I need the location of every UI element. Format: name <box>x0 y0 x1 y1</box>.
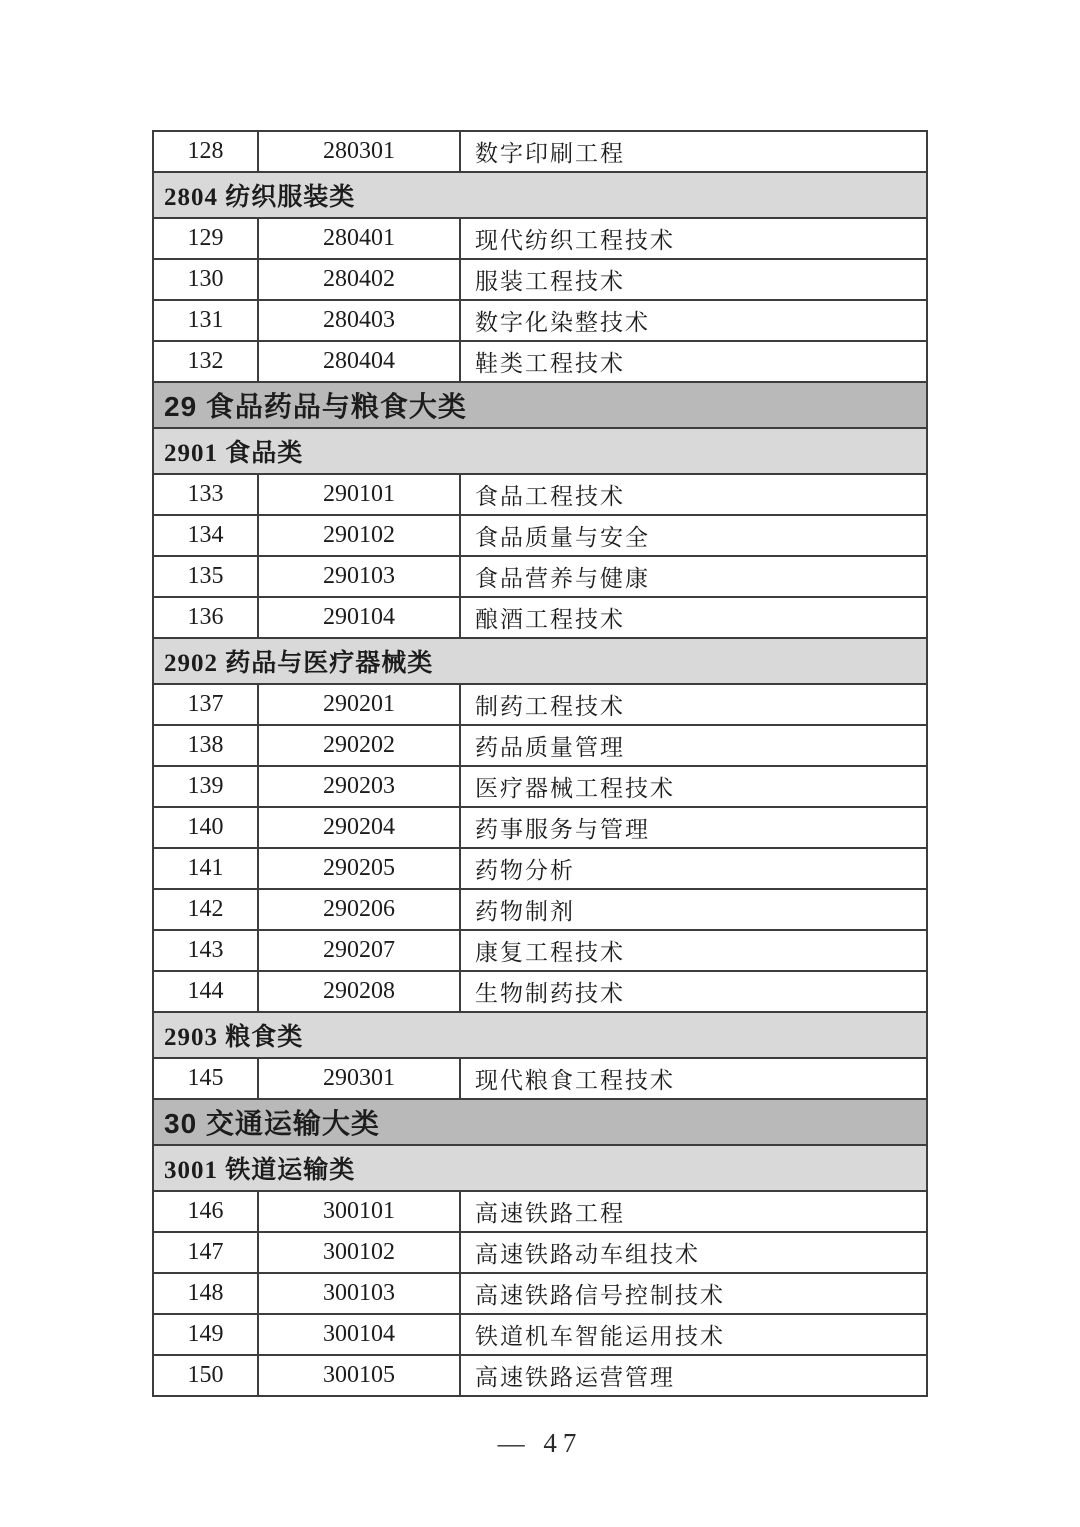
major-name-cell: 医疗器械工程技术 <box>460 766 927 807</box>
table-row: 146300101高速铁路工程 <box>153 1191 927 1232</box>
subcategory-row: 2902 药品与医疗器械类 <box>153 638 927 684</box>
row-number-cell: 143 <box>153 930 258 971</box>
subcategory-header: 3001 铁道运输类 <box>153 1145 927 1191</box>
major-code-cell: 280402 <box>258 259 460 300</box>
document-page: 128280301数字印刷工程2804 纺织服装类129280401现代纺织工程… <box>0 0 1080 1527</box>
major-code-cell: 290101 <box>258 474 460 515</box>
subcategory-header: 2902 药品与医疗器械类 <box>153 638 927 684</box>
major-code-cell: 280404 <box>258 341 460 382</box>
table-row: 133290101食品工程技术 <box>153 474 927 515</box>
major-code-cell: 290103 <box>258 556 460 597</box>
majors-table: 128280301数字印刷工程2804 纺织服装类129280401现代纺织工程… <box>152 130 928 1397</box>
table-row: 144290208生物制药技术 <box>153 971 927 1012</box>
page-number: — 47 <box>0 1428 1080 1459</box>
major-code-cell: 290205 <box>258 848 460 889</box>
row-number-cell: 149 <box>153 1314 258 1355</box>
row-number-cell: 134 <box>153 515 258 556</box>
major-code-cell: 300101 <box>258 1191 460 1232</box>
major-name-cell: 服装工程技术 <box>460 259 927 300</box>
subcategory-row: 2903 粮食类 <box>153 1012 927 1058</box>
row-number-cell: 128 <box>153 131 258 172</box>
row-number-cell: 144 <box>153 971 258 1012</box>
table-row: 130280402服装工程技术 <box>153 259 927 300</box>
row-number-cell: 146 <box>153 1191 258 1232</box>
major-name-cell: 现代粮食工程技术 <box>460 1058 927 1099</box>
table-row: 129280401现代纺织工程技术 <box>153 218 927 259</box>
row-number-cell: 142 <box>153 889 258 930</box>
major-name-cell: 药品质量管理 <box>460 725 927 766</box>
major-name-cell: 高速铁路动车组技术 <box>460 1232 927 1273</box>
row-number-cell: 132 <box>153 341 258 382</box>
major-name-cell: 鞋类工程技术 <box>460 341 927 382</box>
table-row: 142290206药物制剂 <box>153 889 927 930</box>
major-code-cell: 290204 <box>258 807 460 848</box>
subcategory-row: 2804 纺织服装类 <box>153 172 927 218</box>
major-name-cell: 生物制药技术 <box>460 971 927 1012</box>
major-category-header: 30 交通运输大类 <box>153 1099 927 1145</box>
subcategory-header: 2804 纺织服装类 <box>153 172 927 218</box>
major-code-cell: 280401 <box>258 218 460 259</box>
major-code-cell: 280403 <box>258 300 460 341</box>
table-row: 150300105高速铁路运营管理 <box>153 1355 927 1396</box>
major-name-cell: 高速铁路运营管理 <box>460 1355 927 1396</box>
major-code-cell: 290102 <box>258 515 460 556</box>
table-row: 137290201制药工程技术 <box>153 684 927 725</box>
row-number-cell: 129 <box>153 218 258 259</box>
table-row: 128280301数字印刷工程 <box>153 131 927 172</box>
major-category-row: 29 食品药品与粮食大类 <box>153 382 927 428</box>
row-number-cell: 135 <box>153 556 258 597</box>
major-code-cell: 290206 <box>258 889 460 930</box>
table-row: 149300104铁道机车智能运用技术 <box>153 1314 927 1355</box>
major-name-cell: 药物分析 <box>460 848 927 889</box>
row-number-cell: 138 <box>153 725 258 766</box>
subcategory-header: 2901 食品类 <box>153 428 927 474</box>
table-row: 131280403数字化染整技术 <box>153 300 927 341</box>
major-name-cell: 高速铁路信号控制技术 <box>460 1273 927 1314</box>
major-code-cell: 300102 <box>258 1232 460 1273</box>
table-row: 147300102高速铁路动车组技术 <box>153 1232 927 1273</box>
majors-table-body: 128280301数字印刷工程2804 纺织服装类129280401现代纺织工程… <box>153 131 927 1396</box>
major-name-cell: 酿酒工程技术 <box>460 597 927 638</box>
major-name-cell: 高速铁路工程 <box>460 1191 927 1232</box>
major-code-cell: 290203 <box>258 766 460 807</box>
table-row: 140290204药事服务与管理 <box>153 807 927 848</box>
major-code-cell: 280301 <box>258 131 460 172</box>
table-row: 138290202药品质量管理 <box>153 725 927 766</box>
table-row: 134290102食品质量与安全 <box>153 515 927 556</box>
table-row: 136290104酿酒工程技术 <box>153 597 927 638</box>
major-name-cell: 现代纺织工程技术 <box>460 218 927 259</box>
table-row: 139290203医疗器械工程技术 <box>153 766 927 807</box>
major-category-row: 30 交通运输大类 <box>153 1099 927 1145</box>
row-number-cell: 145 <box>153 1058 258 1099</box>
major-code-cell: 290202 <box>258 725 460 766</box>
major-code-cell: 290207 <box>258 930 460 971</box>
major-name-cell: 食品质量与安全 <box>460 515 927 556</box>
major-category-header: 29 食品药品与粮食大类 <box>153 382 927 428</box>
row-number-cell: 139 <box>153 766 258 807</box>
major-name-cell: 药物制剂 <box>460 889 927 930</box>
major-name-cell: 食品营养与健康 <box>460 556 927 597</box>
subcategory-row: 2901 食品类 <box>153 428 927 474</box>
major-name-cell: 康复工程技术 <box>460 930 927 971</box>
subcategory-header: 2903 粮食类 <box>153 1012 927 1058</box>
row-number-cell: 148 <box>153 1273 258 1314</box>
table-row: 141290205药物分析 <box>153 848 927 889</box>
major-code-cell: 290201 <box>258 684 460 725</box>
major-name-cell: 食品工程技术 <box>460 474 927 515</box>
table-row: 135290103食品营养与健康 <box>153 556 927 597</box>
major-name-cell: 制药工程技术 <box>460 684 927 725</box>
row-number-cell: 136 <box>153 597 258 638</box>
major-name-cell: 铁道机车智能运用技术 <box>460 1314 927 1355</box>
row-number-cell: 131 <box>153 300 258 341</box>
major-code-cell: 290208 <box>258 971 460 1012</box>
row-number-cell: 130 <box>153 259 258 300</box>
major-name-cell: 药事服务与管理 <box>460 807 927 848</box>
subcategory-row: 3001 铁道运输类 <box>153 1145 927 1191</box>
row-number-cell: 137 <box>153 684 258 725</box>
major-name-cell: 数字化染整技术 <box>460 300 927 341</box>
table-row: 145290301现代粮食工程技术 <box>153 1058 927 1099</box>
table-row: 143290207康复工程技术 <box>153 930 927 971</box>
major-code-cell: 300103 <box>258 1273 460 1314</box>
major-code-cell: 300105 <box>258 1355 460 1396</box>
row-number-cell: 147 <box>153 1232 258 1273</box>
major-code-cell: 290301 <box>258 1058 460 1099</box>
major-code-cell: 290104 <box>258 597 460 638</box>
table-row: 132280404鞋类工程技术 <box>153 341 927 382</box>
row-number-cell: 141 <box>153 848 258 889</box>
major-name-cell: 数字印刷工程 <box>460 131 927 172</box>
major-code-cell: 300104 <box>258 1314 460 1355</box>
table-row: 148300103高速铁路信号控制技术 <box>153 1273 927 1314</box>
row-number-cell: 133 <box>153 474 258 515</box>
row-number-cell: 140 <box>153 807 258 848</box>
row-number-cell: 150 <box>153 1355 258 1396</box>
